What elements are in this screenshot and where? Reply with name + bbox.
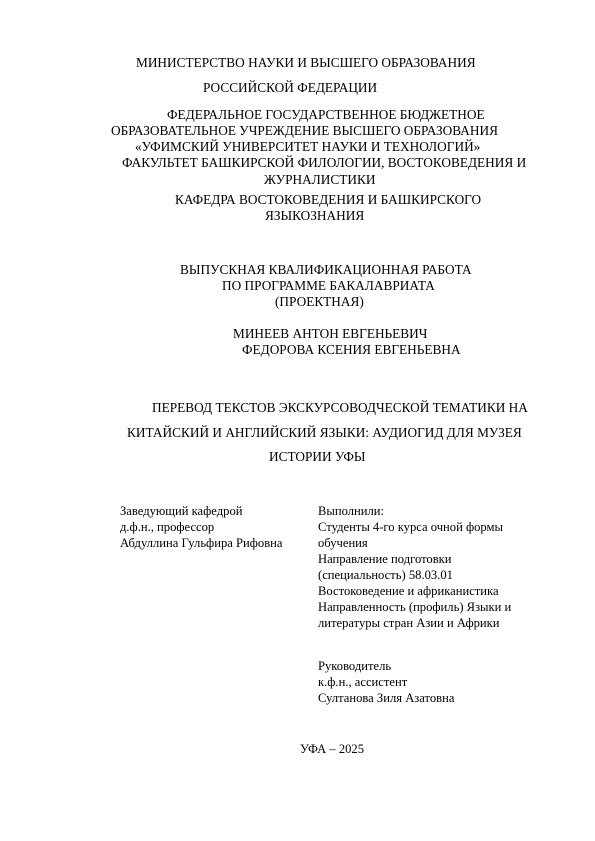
performers-line: Направленность (профиль) Языки и — [318, 599, 511, 615]
thesis-title-line-2: КИТАЙСКИЙ И АНГЛИЙСКИЙ ЯЗЫКИ: АУДИОГИД Д… — [127, 425, 522, 441]
work-type-line-2: ПО ПРОГРАММЕ БАКАЛАВРИАТА — [222, 278, 435, 294]
head-degree: д.ф.н., профессор — [120, 519, 282, 535]
thesis-title-line-3: ИСТОРИИ УФЫ — [269, 449, 365, 465]
head-of-department-block: Заведующий кафедрой д.ф.н., профессор Аб… — [120, 503, 282, 551]
author-1: МИНЕЕВ АНТОН ЕВГЕНЬЕВИЧ — [233, 326, 427, 342]
performers-line: обучения — [318, 535, 511, 551]
institution-line-1: ФЕДЕРАЛЬНОЕ ГОСУДАРСТВЕННОЕ БЮДЖЕТНОЕ — [167, 107, 485, 123]
performers-line: (специальность) 58.03.01 — [318, 567, 511, 583]
institution-line-3: «УФИМСКИЙ УНИВЕРСИТЕТ НАУКИ И ТЕХНОЛОГИЙ… — [135, 139, 480, 155]
performers-line: Востоковедение и африканистика — [318, 583, 511, 599]
supervisor-name: Султанова Зиля Азатовна — [318, 690, 454, 706]
performers-block: Выполнили: Студенты 4-го курса очной фор… — [318, 503, 511, 631]
supervisor-block: Руководитель к.ф.н., ассистент Султанова… — [318, 658, 454, 706]
institution-line-2: ОБРАЗОВАТЕЛЬНОЕ УЧРЕЖДЕНИЕ ВЫСШЕГО ОБРАЗ… — [111, 123, 498, 139]
work-type-line-1: ВЫПУСКНАЯ КВАЛИФИКАЦИОННАЯ РАБОТА — [180, 262, 472, 278]
author-2: ФЕДОРОВА КСЕНИЯ ЕВГЕНЬЕВНА — [242, 342, 461, 358]
thesis-title-line-1: ПЕРЕВОД ТЕКСТОВ ЭКСКУРСОВОДЧЕСКОЙ ТЕМАТИ… — [152, 400, 528, 416]
performers-line: Студенты 4-го курса очной формы — [318, 519, 511, 535]
performers-label: Выполнили: — [318, 503, 511, 519]
supervisor-role: Руководитель — [318, 658, 454, 674]
performers-line: Направление подготовки — [318, 551, 511, 567]
ministry-line-1: МИНИСТЕРСТВО НАУКИ И ВЫСШЕГО ОБРАЗОВАНИЯ — [136, 55, 476, 71]
head-role: Заведующий кафедрой — [120, 503, 282, 519]
performers-line: литературы стран Азии и Африки — [318, 615, 511, 631]
faculty-line-2: ЖУРНАЛИСТИКИ — [264, 172, 375, 188]
supervisor-degree: к.ф.н., ассистент — [318, 674, 454, 690]
department-line-1: КАФЕДРА ВОСТОКОВЕДЕНИЯ И БАШКИРСКОГО — [175, 192, 481, 208]
faculty-line-1: ФАКУЛЬТЕТ БАШКИРСКОЙ ФИЛОЛОГИИ, ВОСТОКОВ… — [122, 155, 526, 171]
city-year: УФА – 2025 — [300, 741, 364, 757]
head-name: Абдуллина Гульфира Рифовна — [120, 535, 282, 551]
ministry-line-2: РОССИЙСКОЙ ФЕДЕРАЦИИ — [203, 80, 377, 96]
department-line-2: ЯЗЫКОЗНАНИЯ — [265, 208, 364, 224]
work-type-line-3: (ПРОЕКТНАЯ) — [275, 294, 364, 310]
